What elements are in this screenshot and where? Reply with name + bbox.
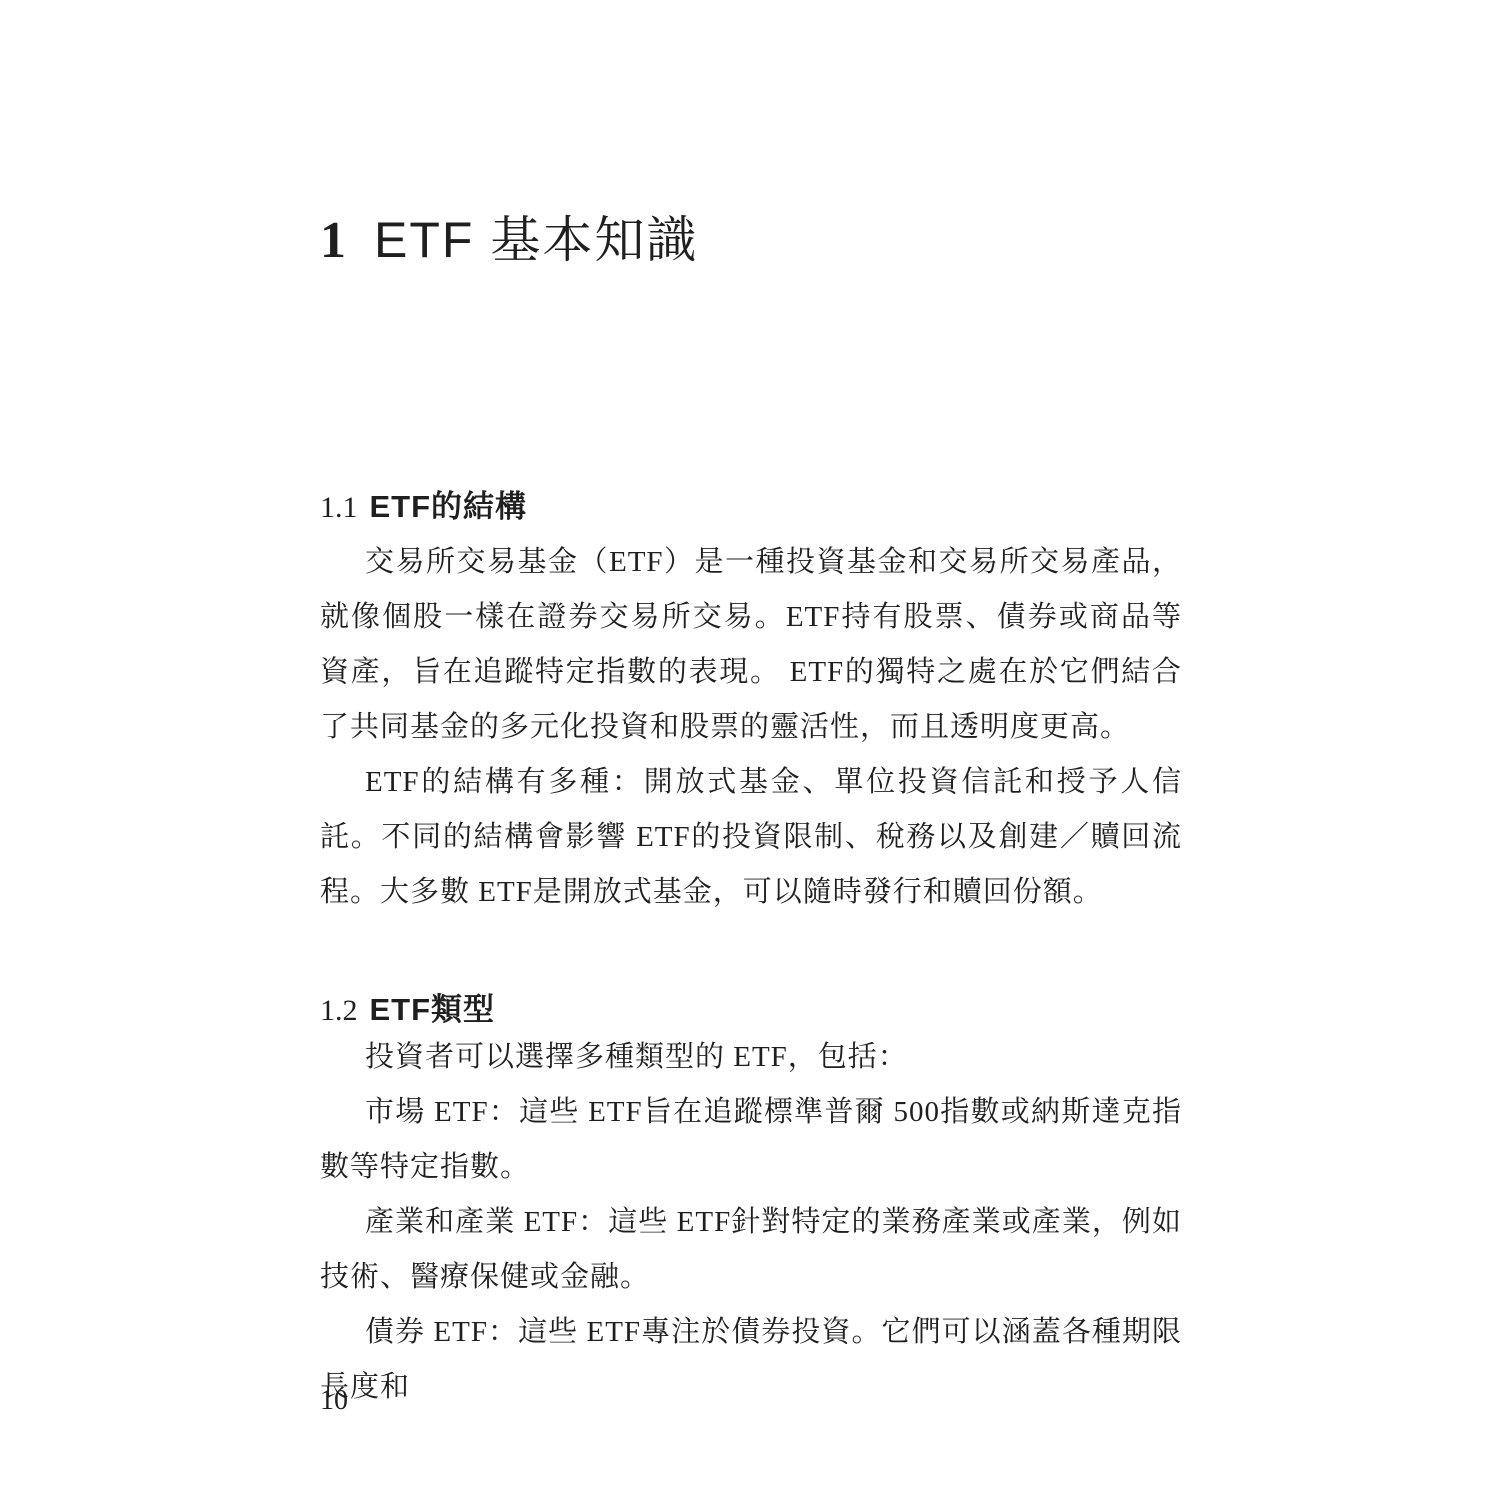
chapter-heading: 1ETF 基本知識 bbox=[320, 200, 698, 272]
page-footer: 10 bbox=[320, 1385, 348, 1417]
chapter-number: 1 bbox=[320, 212, 346, 269]
paragraph-etf-types-intro: 投資者可以選擇多種類型的 ETF，包括： bbox=[320, 1030, 1182, 1085]
section-heading-etf-types: 1.2ETF類型 bbox=[320, 984, 495, 1029]
section-title: ETF的結構 bbox=[370, 489, 528, 524]
section-number: 1.2 bbox=[320, 994, 358, 1027]
paragraph-market-etf: 市場 ETF：這些 ETF旨在追蹤標準普爾 500指數或納斯達克指數等特定指數。 bbox=[320, 1085, 1182, 1195]
section-heading-etf-structure: 1.1ETF的結構 bbox=[320, 481, 527, 526]
paragraph-bond-etf: 債券 ETF：這些 ETF專注於債券投資。它們可以涵蓋各種期限長度和 bbox=[320, 1305, 1182, 1415]
paragraph-etf-structures: ETF的結構有多種：開放式基金、單位投資信託和授予人信託。不同的結構會影響 ET… bbox=[320, 755, 1182, 920]
section-etf-types-body: 投資者可以選擇多種類型的 ETF，包括： 市場 ETF：這些 ETF旨在追蹤標準… bbox=[320, 1030, 1182, 1415]
chapter-title: ETF 基本知識 bbox=[374, 212, 698, 268]
section-etf-structure-body: 交易所交易基金（ETF）是一種投資基金和交易所交易產品，就像個股一樣在證券交易所… bbox=[320, 535, 1182, 920]
section-number: 1.1 bbox=[320, 491, 358, 524]
document-page: 1ETF 基本知識 1.1ETF的結構 交易所交易基金（ETF）是一種投資基金和… bbox=[0, 0, 1500, 1500]
section-title: ETF類型 bbox=[370, 992, 496, 1027]
page-number: 10 bbox=[320, 1385, 348, 1416]
paragraph-etf-definition: 交易所交易基金（ETF）是一種投資基金和交易所交易產品，就像個股一樣在證券交易所… bbox=[320, 535, 1182, 755]
paragraph-sector-etf: 產業和產業 ETF：這些 ETF針對特定的業務產業或產業，例如技術、醫療保健或金… bbox=[320, 1195, 1182, 1305]
